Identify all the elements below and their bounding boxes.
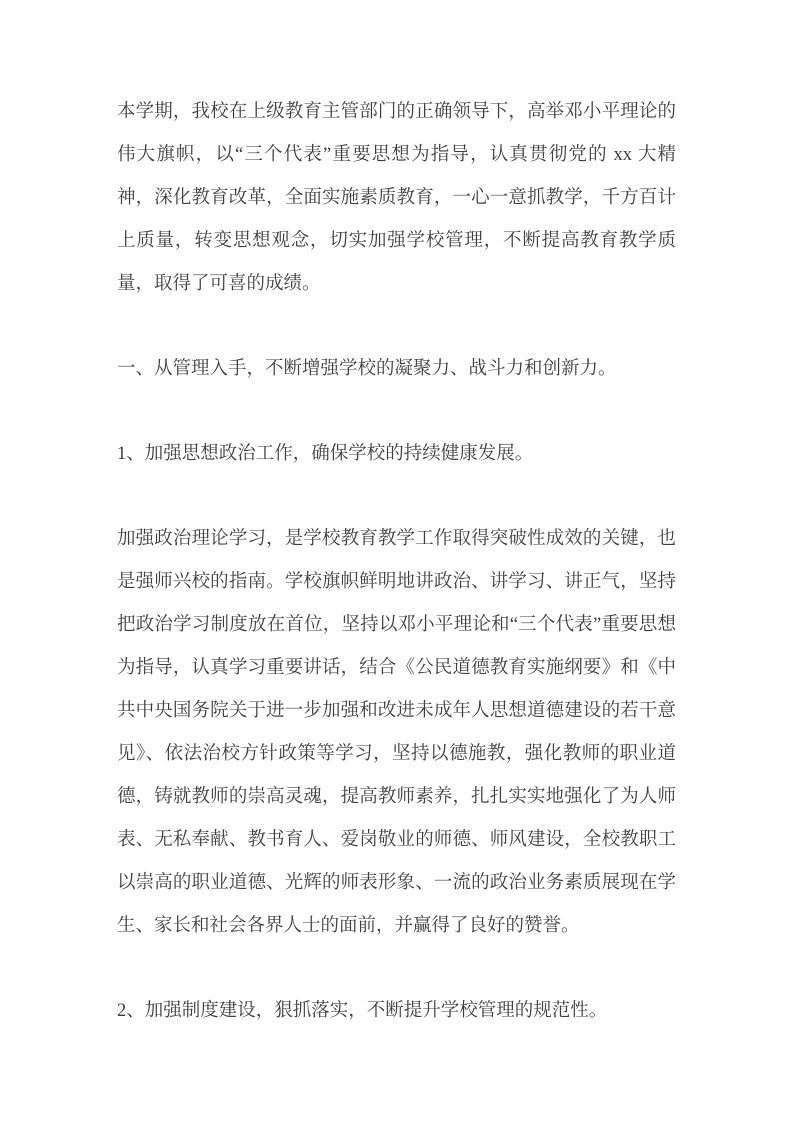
subsection-heading-2: 2、加强制度建设，狠抓落实，不断提升学校管理的规范性。	[117, 990, 676, 1033]
paragraph-body: 加强政治理论学习，是学校教育教学工作取得突破性成效的关键，也是强师兴校的指南。学…	[117, 518, 676, 948]
document-page: 本学期，我校在上级教育主管部门的正确领导下，高举邓小平理论的伟大旗帜，以“三个代…	[0, 0, 793, 1122]
section-heading-1: 一、从管理入手，不断增强学校的凝聚力、战斗力和创新力。	[117, 348, 676, 391]
paragraph-intro: 本学期，我校在上级教育主管部门的正确领导下，高举邓小平理论的伟大旗帜，以“三个代…	[117, 91, 676, 306]
subsection-heading-1: 1、加强思想政治工作，确保学校的持续健康发展。	[117, 433, 676, 476]
